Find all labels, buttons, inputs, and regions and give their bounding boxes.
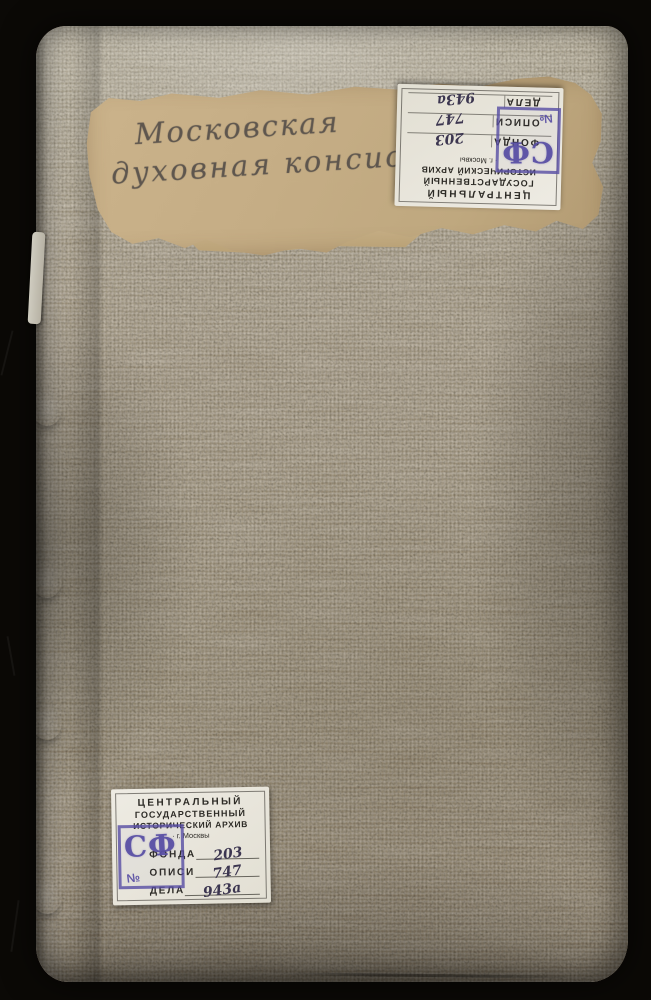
scan-scratch-mark	[0, 330, 13, 375]
sf-overprint-text: СФ	[499, 135, 554, 169]
scan-scratch-mark	[10, 900, 19, 952]
numero-sign: №	[126, 870, 141, 886]
field-value-fond: 203	[213, 846, 244, 862]
archive-stamp-label-top: ЦЕНТРАЛЬНЫЙ ГОСУДАРСТВЕННЫЙ ИСТОРИЧЕСКИЙ…	[394, 84, 563, 210]
field-value-delo: 943а	[436, 91, 475, 107]
sf-overprint-stamp: СФ №	[495, 106, 561, 174]
field-value-delo: 943а	[203, 882, 243, 899]
numero-sign: №	[539, 111, 553, 126]
scan-scratch-mark	[7, 636, 16, 676]
archive-stamp-label-bottom: ЦЕНТРАЛЬНЫЙ ГОСУДАРСТВЕННЫЙ ИСТОРИЧЕСКИЙ…	[111, 787, 271, 906]
field-value-opis: 747	[212, 864, 243, 880]
field-value-opis: 747	[435, 111, 465, 126]
scanned-photo-background: Московская духовная консисторія ЦЕНТРАЛЬ…	[0, 0, 651, 1000]
field-value-fond: 203	[434, 131, 464, 146]
sf-overprint-stamp: СФ №	[118, 824, 185, 889]
sf-overprint-text: СФ	[123, 827, 182, 864]
